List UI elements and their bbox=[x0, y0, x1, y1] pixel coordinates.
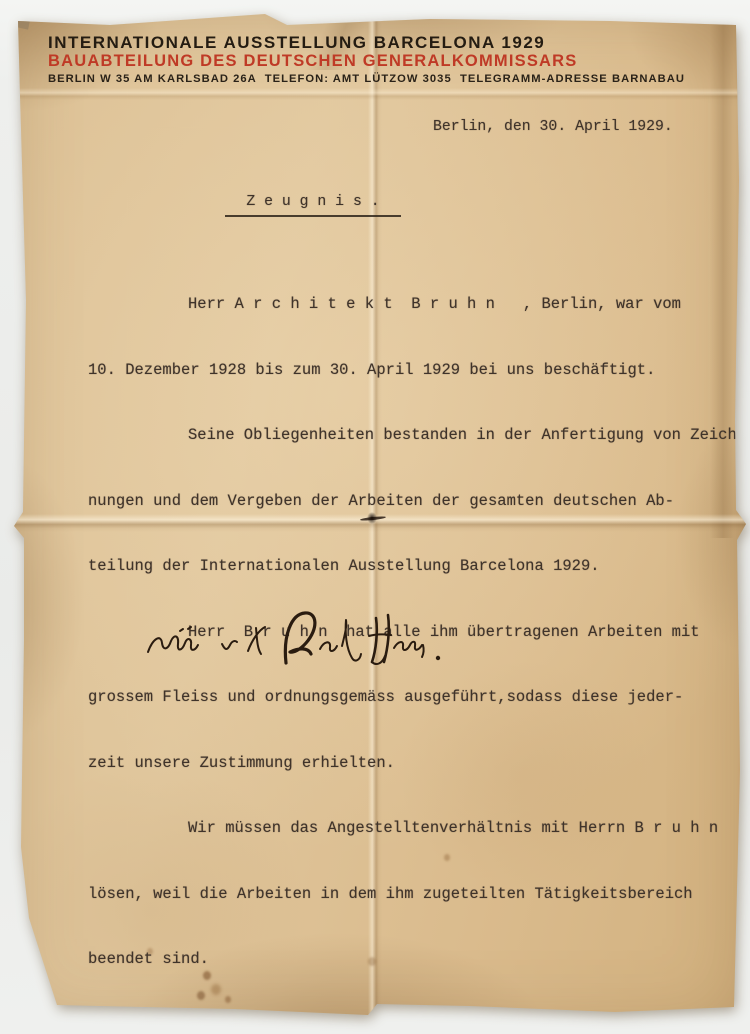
letterhead-org-name: INTERNATIONALE AUSSTELLUNG BARCELONA 192… bbox=[48, 33, 545, 53]
body-line: teilung der Internationalen Ausstellung … bbox=[88, 552, 748, 582]
body-line: grossem Fleiss und ordnungsgemäss ausgef… bbox=[88, 683, 748, 713]
date-line: Berlin, den 30. April 1929. bbox=[433, 119, 673, 135]
body-line: Wir müssen das Angestelltenverhältnis mi… bbox=[88, 814, 748, 844]
body-line: Herr A r c h i t e k t B r u h n , Berli… bbox=[88, 290, 748, 320]
letterhead-department: BAUABTEILUNG DES DEUTSCHEN GENERALKOMMIS… bbox=[48, 52, 578, 71]
handwritten-signature bbox=[140, 606, 460, 682]
document-page: INTERNATIONALE AUSSTELLUNG BARCELONA 192… bbox=[0, 0, 750, 1034]
fold-crease-top bbox=[0, 88, 750, 100]
body-line: zeit unsere Zustimmung erhielten. bbox=[88, 749, 748, 779]
body-line: beendet sind. bbox=[88, 945, 748, 975]
body-line: lösen, weil die Arbeiten in dem ihm zuge… bbox=[88, 880, 748, 910]
document-title: Z e u g n i s . bbox=[225, 194, 401, 217]
scan-background: INTERNATIONALE AUSSTELLUNG BARCELONA 192… bbox=[0, 0, 750, 1034]
body-line: Seine Obliegenheiten bestanden in der An… bbox=[88, 421, 748, 451]
body-line: nungen und dem Vergeben der Arbeiten der… bbox=[88, 487, 748, 517]
stain-speckles bbox=[0, 0, 6, 7]
corner-tear bbox=[11, 9, 31, 29]
letterhead-address: BERLIN W 35 AM KARLSBAD 26A TELEFON: AMT… bbox=[48, 73, 685, 85]
body-line: 10. Dezember 1928 bis zum 30. April 1929… bbox=[88, 356, 748, 386]
paper-sheet: INTERNATIONALE AUSSTELLUNG BARCELONA 192… bbox=[0, 0, 750, 1034]
